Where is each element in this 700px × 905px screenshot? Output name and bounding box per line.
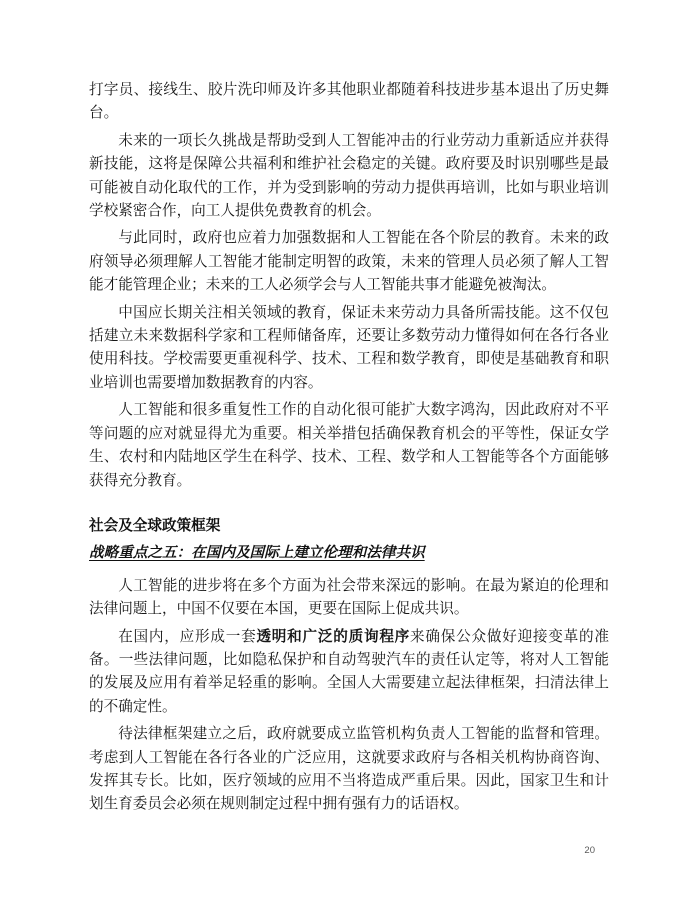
page-content: 打字员、接线生、胶片洗印师及许多其他职业都随着科技进步基本退出了历史舞台。 未来…	[89, 79, 609, 821]
paragraph-domestic-consultation-legal: 在国内，应形成一套透明和广泛的质询程序来确保公众做好迎接变革的准备。一些法律问题…	[89, 626, 609, 720]
paragraph-digital-divide-equality: 人工智能和很多重复性工作的自动化很可能扩大数字鸿沟，因此政府对不平等问题的应对就…	[89, 399, 609, 493]
paragraph-ai-progress-consensus: 人工智能的进步将在多个方面为社会带来深远的影响。在最为紧迫的伦理和法律问题上，中…	[89, 575, 609, 622]
document-page: 打字员、接线生、胶片洗印师及许多其他职业都随着科技进步基本退出了历史舞台。 未来…	[0, 0, 700, 905]
text-segment-before: 在国内，应形成一套	[118, 629, 256, 645]
paragraph-future-challenge-retraining: 未来的一项长久挑战是帮助受到人工智能冲击的行业劳动力重新适应并获得新技能，这将是…	[89, 130, 609, 224]
bold-text-consultation-procedure: 透明和广泛的质询程序	[256, 629, 410, 645]
page-footer: 20	[89, 840, 595, 858]
section-heading-social-global-policy: 社会及全球政策框架	[89, 515, 609, 538]
strategy-priority-five-heading: 战略重点之五：在国内及国际上建立伦理和法律共识	[89, 542, 609, 565]
paragraph-regulatory-body: 待法律框架建立之后，政府就要成立监管机构负责人工智能的监督和管理。考虑到人工智能…	[89, 723, 609, 817]
paragraph-typists-history: 打字员、接线生、胶片洗印师及许多其他职业都随着科技进步基本退出了历史舞台。	[89, 79, 609, 126]
page-number: 20	[584, 845, 595, 856]
paragraph-long-term-education: 中国应长期关注相关领域的教育，保证未来劳动力具备所需技能。这不仅包括建立未来数据…	[89, 302, 609, 396]
paragraph-education-all-levels: 与此同时，政府也应着力加强数据和人工智能在各个阶层的教育。未来的政府领导必须理解…	[89, 227, 609, 297]
